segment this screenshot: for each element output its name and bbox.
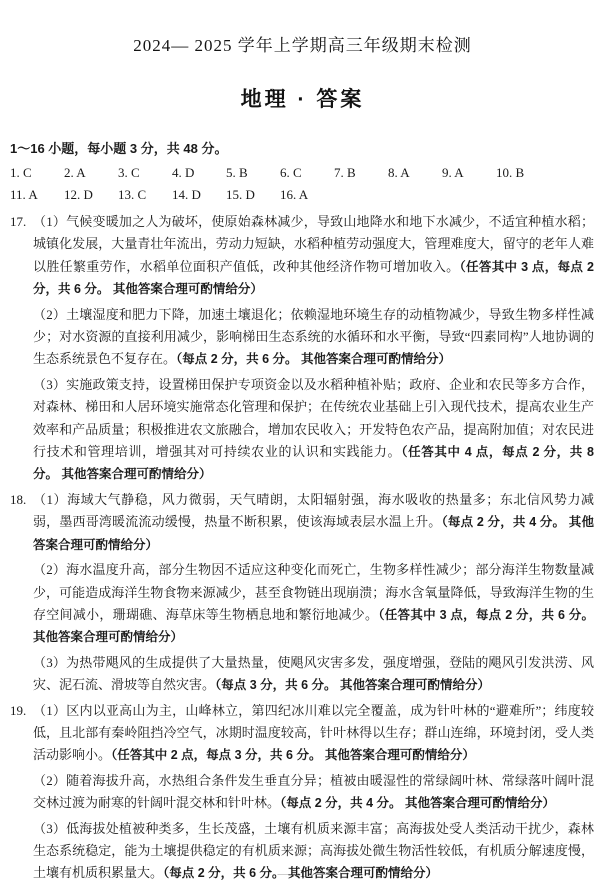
answer-number: 11. [10,187,26,202]
answer-paragraph: （2）土壤湿度和肥力下降，加速土壤退化；依赖湿地环境生存的动植物减少，导致生物多… [33,304,594,371]
answer-letter: A [299,187,308,202]
answer-number: 8. [388,165,398,180]
answer-key-cell: 16. A [280,187,334,203]
answer-letter: C [23,165,32,180]
answer-key-cell: 1. C [10,165,64,181]
part-label: （1） [33,703,66,718]
question-number: 19. [10,700,26,722]
scoring-note: （每点 3 分，共 6 分。 其他答案合理可酌情给分） [215,678,490,692]
answer-key-cell: 9. A [442,165,496,181]
answer-letter: C [131,165,140,180]
answer-paragraph: （1）海域大气静稳，风力微弱，天气晴朗，太阳辐射强，海水吸收的热量多；东北信风势… [33,489,594,556]
part-label: （2） [33,307,66,322]
scoring-note: （每点 2 分，共 4 分。 其他答案合理可酌情给分） [280,796,555,810]
answer-key-cell: 5. B [226,165,280,181]
answer-key-cell: 13. C [118,187,172,203]
answer-paragraph: （1）气候变暖加之人为破坏，使原始森林减少，导致山地降水和地下水减少，不适宜种植… [33,211,594,301]
question-17: 17. （1）气候变暖加之人为破坏，使原始森林减少，导致山地降水和地下水减少，不… [10,211,594,486]
part-label: （2） [33,773,66,788]
answer-paragraph: （2）海水温度升高，部分生物因不适应这种变化而死亡，生物多样性减少；部分海洋生物… [33,559,594,649]
scoring-note: （任答其中 2 点，每点 3 分，共 6 分。 其他答案合理可酌情给分） [111,748,475,762]
answer-number: 14. [172,187,188,202]
answer-key-cell: 11. A [10,187,64,203]
scoring-note: （每点 2 分，共 6 分。 其他答案合理可酌情给分） [176,352,451,366]
part-label: （3） [33,821,66,836]
answer-key-grid: 1. C 2. A 3. C 4. D 5. B 6. C 7. B 8. A … [10,165,594,203]
answer-number: 4. [172,165,182,180]
page-title: 2024— 2025 学年上学期高三年级期末检测 [0,0,605,56]
part-label: （1） [33,214,66,229]
answer-letter: B [239,165,248,180]
answer-number: 10. [496,165,512,180]
answer-number: 9. [442,165,452,180]
footer-left-dash: — [278,866,290,880]
question-19: 19. （1）区内以亚高山为主，山峰林立，第四纪冰川难以完全覆盖，成为针叶林的“… [10,700,594,885]
page-footer: —1— [0,866,605,881]
answer-paragraph: （2）随着海拔升高，水热组合条件发生垂直分异；植被由暖湿性的常绿阔叶林、常绿落叶… [33,770,594,815]
question-18: 18. （1）海域大气静稳，风力微弱，天气晴朗，太阳辐射强，海水吸收的热量多；东… [10,489,594,697]
answer-number: 7. [334,165,344,180]
answer-letter: D [84,187,93,202]
answer-key-cell: 2. A [64,165,118,181]
answer-letter: A [454,165,463,180]
answer-key-cell: 14. D [172,187,226,203]
document-body: 1～16 小题，每小题 3 分，共 48 分。 1. C 2. A 3. C 4… [0,138,605,885]
answer-letter: B [347,165,356,180]
answer-key-cell: 15. D [226,187,280,203]
answer-key-cell: 8. A [388,165,442,181]
answer-number: 13. [118,187,134,202]
answer-letter: A [400,165,409,180]
answer-key-intro: 1～16 小题，每小题 3 分，共 48 分。 [10,138,594,157]
part-label: （1） [33,492,67,507]
part-label: （3） [33,655,66,670]
answer-number: 5. [226,165,236,180]
part-label: （2） [33,562,66,577]
answer-paragraph: （1）区内以亚高山为主，山峰林立，第四纪冰川难以完全覆盖，成为针叶林的“避难所”… [33,700,594,767]
answer-number: 12. [64,187,80,202]
answer-number: 16. [280,187,296,202]
answer-letter: D [246,187,255,202]
answer-number: 15. [226,187,242,202]
answer-letter: A [28,187,37,202]
footer-page-number: 1 [300,866,306,880]
answer-key-cell: 4. D [172,165,226,181]
answer-letter: C [293,165,302,180]
part-label: （3） [33,377,66,392]
answer-number: 1. [10,165,20,180]
answer-letter: C [138,187,147,202]
question-parts: （1）区内以亚高山为主，山峰林立，第四纪冰川难以完全覆盖，成为针叶林的“避难所”… [33,700,594,885]
answer-key-cell: 12. D [64,187,118,203]
question-parts: （1）气候变暖加之人为破坏，使原始森林减少，导致山地降水和地下水减少，不适宜种植… [33,211,594,486]
document-page: 2024— 2025 学年上学期高三年级期末检测 地理 · 答案 1～16 小题… [0,0,605,895]
answer-paragraph: （3）实施政策支持，设置梯田保护专项资金以及水稻种植补贴；政府、企业和农民等多方… [33,374,594,486]
answer-number: 2. [64,165,74,180]
question-number: 18. [10,489,26,511]
answer-key-cell: 3. C [118,165,172,181]
answer-number: 3. [118,165,128,180]
answer-letter: D [185,165,194,180]
answer-letter: B [516,165,525,180]
doc-subtitle: 地理 · 答案 [0,83,605,113]
answer-number: 6. [280,165,290,180]
answer-letter: A [76,165,85,180]
question-parts: （1）海域大气静稳，风力微弱，天气晴朗，太阳辐射强，海水吸收的热量多；东北信风势… [33,489,594,697]
question-number: 17. [10,211,26,233]
answer-letter: D [192,187,201,202]
answer-key-cell: 10. B [496,165,550,181]
footer-right-dash: — [316,866,328,880]
answer-paragraph: （3）为热带飓风的生成提供了大量热量，使飓风灾害多发，强度增强，登陆的飓风引发洪… [33,652,594,697]
answer-key-cell: 6. C [280,165,334,181]
answer-key-cell: 7. B [334,165,388,181]
